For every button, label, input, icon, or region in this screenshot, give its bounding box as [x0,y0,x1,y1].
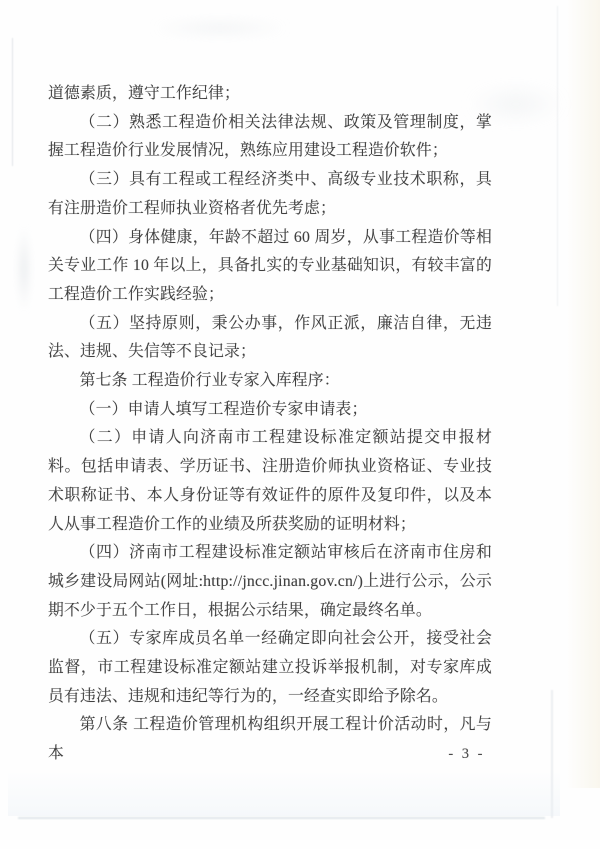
article-7-item-4: （四）济南市工程建设标准定额站审核后在济南市住房和城乡建设局网站(网址:http… [48,539,492,625]
scan-artifact-left-smudge [17,225,31,313]
scan-artifact-right-line-top [557,6,558,306]
scanned-document-page: 道德素质，遵守工作纪律； （二）熟悉工程造价相关法律法规、政策及管理制度，掌握工… [0,0,600,849]
scan-artifact-right-line-bottom [551,690,553,818]
scan-artifact-page-bottom-edge [18,817,545,819]
article-7-item-5: （五）专家库成员名单一经确定即向社会公开，接受社会监督，市工程建设标准定额站建立… [48,625,492,711]
page-number: - 3 - [48,746,485,763]
article-7-item-1: （一）申请人填写工程造价专家申请表； [48,396,492,425]
document-body: 道德素质，遵守工作纪律； （二）熟悉工程造价相关法律法规、政策及管理制度，掌握工… [48,80,492,769]
scan-artifact-top-smudge [150,20,290,36]
paragraph-continuation: 道德素质，遵守工作纪律； [48,80,492,109]
scan-artifact-left-edge-line [12,38,13,166]
paragraph-item-5: （五）坚持原则，秉公办事，作风正派，廉洁自律，无违法、违规、失信等不良记录； [48,310,492,367]
paragraph-item-2: （二）熟悉工程造价相关法律法规、政策及管理制度，掌握工程造价行业发展情况，熟练应… [48,109,492,166]
scan-artifact-right-cream-strip [566,0,600,788]
article-7-heading: 第七条 工程造价行业专家入库程序： [48,367,492,396]
article-7-item-2: （二）申请人向济南市工程建设标准定额站提交申报材料。包括申请表、学历证书、注册造… [48,424,492,539]
paragraph-item-3: （三）具有工程或工程经济类中、高级专业技术职称，具有注册造价工程师执业资格者优先… [48,166,492,223]
scan-artifact-bottom-tint [8,770,560,816]
paragraph-item-4: （四）身体健康，年龄不超过 60 周岁，从事工程造价等相关专业工作 10 年以上… [48,224,492,310]
